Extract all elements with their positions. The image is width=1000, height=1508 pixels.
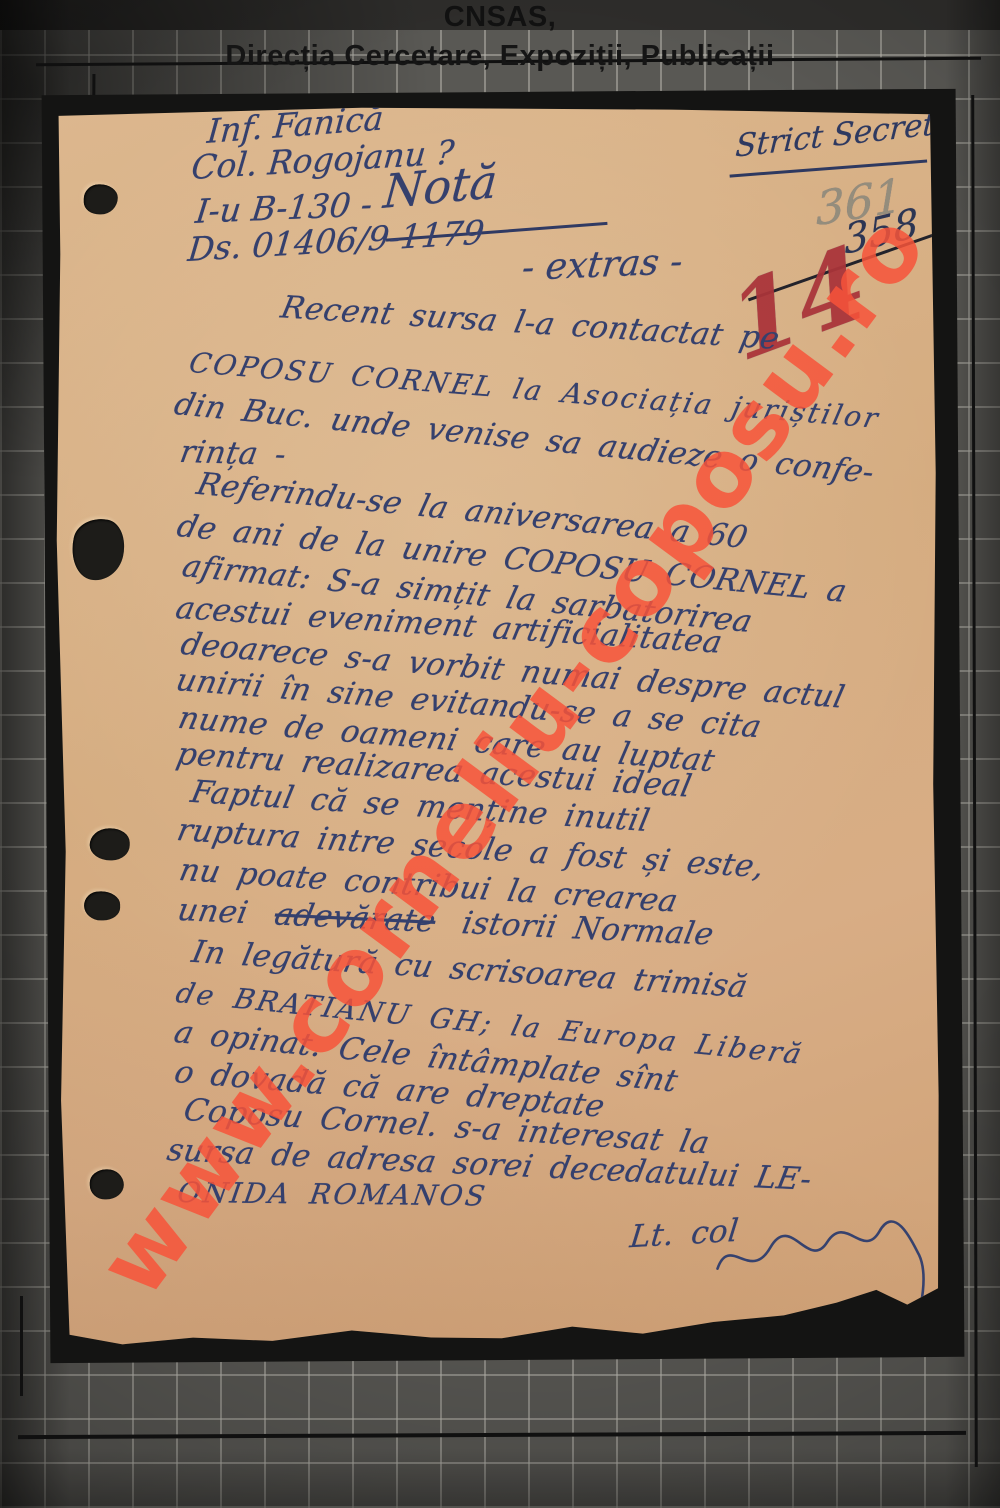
struck-line-pre: unei <box>175 892 251 931</box>
punch-hole <box>84 184 118 214</box>
photo-header-department: Direcția Cercetare, Expoziții, Publicați… <box>0 40 1000 73</box>
note-subtitle: - extras - <box>520 241 685 289</box>
classification-stamp: Strict Secret <box>734 106 936 165</box>
note-doc-type: Notă <box>382 154 500 219</box>
punch-hole <box>90 828 130 860</box>
body-line: Recent sursa l-a contactat pe <box>278 290 783 357</box>
struck-line-post: istorii Normale <box>459 905 717 952</box>
frame-wire-bottom-left <box>20 1296 23 1396</box>
archive-photo: CNSAS, Direcția Cercetare, Expoziții, Pu… <box>0 0 1000 1508</box>
punch-hole <box>66 514 129 585</box>
body-line: rința - <box>177 434 289 473</box>
photo-header-org: CNSAS, <box>0 1 1000 34</box>
punch-hole <box>84 891 120 920</box>
